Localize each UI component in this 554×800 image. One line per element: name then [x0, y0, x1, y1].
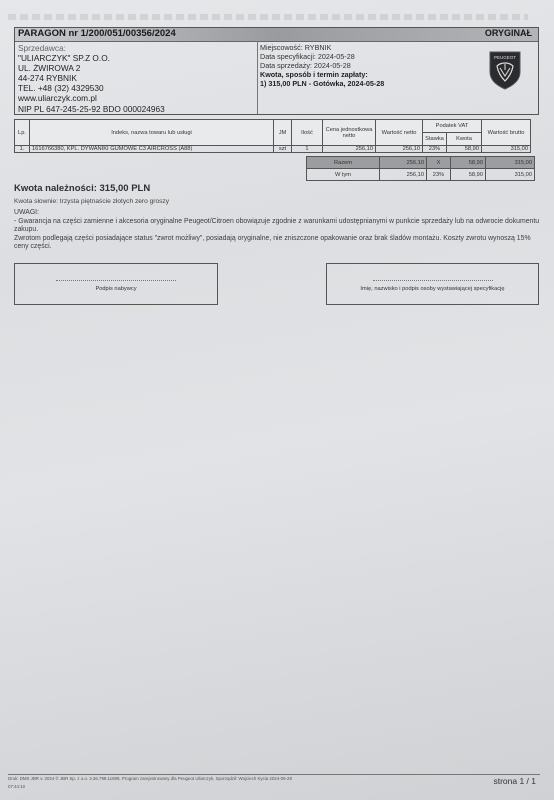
document-header: PARAGON nr 1/200/051/00356/2024 ORYGINAŁ… [14, 27, 539, 115]
row-vat-rate: 23% [423, 146, 447, 153]
row-lp: 1. [15, 146, 30, 153]
wtym-vat: 58,90 [451, 169, 486, 181]
page-number: strona 1 / 1 [493, 776, 536, 786]
col-vat-amount: Kwota [447, 133, 482, 146]
summary-table: Razem 256,10 X 58,90 315,00 W tym 256,10… [306, 156, 535, 181]
print-info-text: Druk: DMS JBR v. 2024 © JBR Sp. z o.o. 3… [8, 775, 388, 783]
row-qty: 1 [292, 146, 323, 153]
seller-city: 44-274 RYBNIK [18, 73, 258, 83]
col-net-value: Wartość netto [376, 120, 423, 146]
row-net-value: 256,10 [376, 146, 423, 153]
header-divider [257, 41, 258, 114]
note-returns: Zwrotom podlegają części posiadające sta… [14, 235, 544, 252]
row-unit: szt [274, 146, 292, 153]
seller-phone: TEL. +48 (32) 4329530 [18, 83, 258, 93]
svg-text:PEUGEOT: PEUGEOT [494, 55, 516, 60]
col-lp: Lp. [15, 120, 30, 146]
wtym-gross: 315,00 [486, 169, 535, 181]
signature-line [56, 280, 176, 281]
col-unit-price: Cena jednostkowa netto [323, 120, 376, 146]
col-gross-value: Wartość brutto [482, 120, 531, 146]
seller-name: "ULIARCZYK" SP.Z O.O. [18, 53, 258, 63]
peugeot-lion-shield-icon: PEUGEOT [488, 50, 522, 90]
sale-date: Data sprzedaży: 2024-05-28 [260, 61, 384, 70]
print-time: 07:44:10 [8, 783, 388, 791]
row-unit-price: 256,10 [323, 146, 376, 153]
title-bar: PARAGON nr 1/200/051/00356/2024 ORYGINAŁ [15, 28, 538, 42]
payment-label: Kwota, sposób i termin zapłaty: [260, 70, 368, 79]
razem-vat: 58,90 [451, 157, 486, 169]
bleed-through-text [8, 14, 528, 20]
razem-rate: X [427, 157, 451, 169]
place: Miejscowość: RYBNIK [260, 43, 384, 52]
items-table: Lp. Indeks, nazwa towaru lub usługi JM I… [14, 119, 531, 153]
col-vat-group: Podatek VAT [423, 120, 482, 133]
print-info: Druk: DMS JBR v. 2024 © JBR Sp. z o.o. 3… [8, 775, 388, 791]
row-gross-value: 315,00 [482, 146, 531, 153]
wtym-rate: 23% [427, 169, 451, 181]
buyer-signature-caption: Podpis nabywcy [15, 286, 217, 292]
razem-gross: 315,00 [486, 157, 535, 169]
seller-website: www.uliarczyk.com.pl [18, 93, 258, 103]
wtym-label: W tym [307, 169, 380, 181]
col-unit: JM [274, 120, 292, 146]
spec-date: Data specyfikacji: 2024-05-28 [260, 52, 384, 61]
table-row: 1. 1616766380, KPL. DYWANIKI GUMOWE C3 A… [15, 146, 531, 153]
seller-tax-ids: NIP PL 647-245-25-92 BDO 000024963 [18, 104, 258, 114]
row-name: 1616766380, KPL. DYWANIKI GUMOWE C3 AIRC… [30, 146, 274, 153]
signature-line [373, 280, 493, 281]
amount-due: Kwota należności: 315,00 PLN [14, 183, 150, 194]
col-vat-rate: Stawka [423, 133, 447, 146]
sale-info-block: Miejscowość: RYBNIK Data specyfikacji: 2… [260, 43, 384, 88]
seller-block: Sprzedawca: "ULIARCZYK" SP.Z O.O. UL. ŻW… [18, 43, 258, 114]
note-warranty: - Gwarancja na części zamienne i akcesor… [14, 218, 544, 235]
notes-heading: UWAGI: [14, 209, 544, 218]
seller-label: Sprzedawca: [18, 43, 258, 53]
row-vat-amount: 58,90 [447, 146, 482, 153]
amount-in-words: Kwota słownie: trzysta piętnaście złotyc… [14, 198, 169, 205]
seller-street: UL. ŻWIROWA 2 [18, 63, 258, 73]
document-number: PARAGON nr 1/200/051/00356/2024 [18, 28, 176, 39]
copy-label: ORYGINAŁ [485, 28, 532, 38]
wtym-net: 256,10 [380, 169, 427, 181]
receipt-page: PARAGON nr 1/200/051/00356/2024 ORYGINAŁ… [0, 0, 554, 800]
razem-label: Razem [307, 157, 380, 169]
payment-value: 1) 315,00 PLN - Gotówka, 2024-05-28 [260, 79, 384, 88]
summary-row-total: Razem 256,10 X 58,90 315,00 [307, 157, 535, 169]
summary-row-including: W tym 256,10 23% 58,90 315,00 [307, 169, 535, 181]
col-qty: Ilość [292, 120, 323, 146]
buyer-signature-box: Podpis nabywcy [14, 263, 218, 305]
razem-net: 256,10 [380, 157, 427, 169]
issuer-signature-caption: Imię, nazwisko i podpis osoby wystawiają… [327, 286, 538, 292]
col-name: Indeks, nazwa towaru lub usługi [30, 120, 274, 146]
notes-block: UWAGI: - Gwarancja na części zamienne i … [14, 209, 544, 252]
issuer-signature-box: Imię, nazwisko i podpis osoby wystawiają… [326, 263, 539, 305]
